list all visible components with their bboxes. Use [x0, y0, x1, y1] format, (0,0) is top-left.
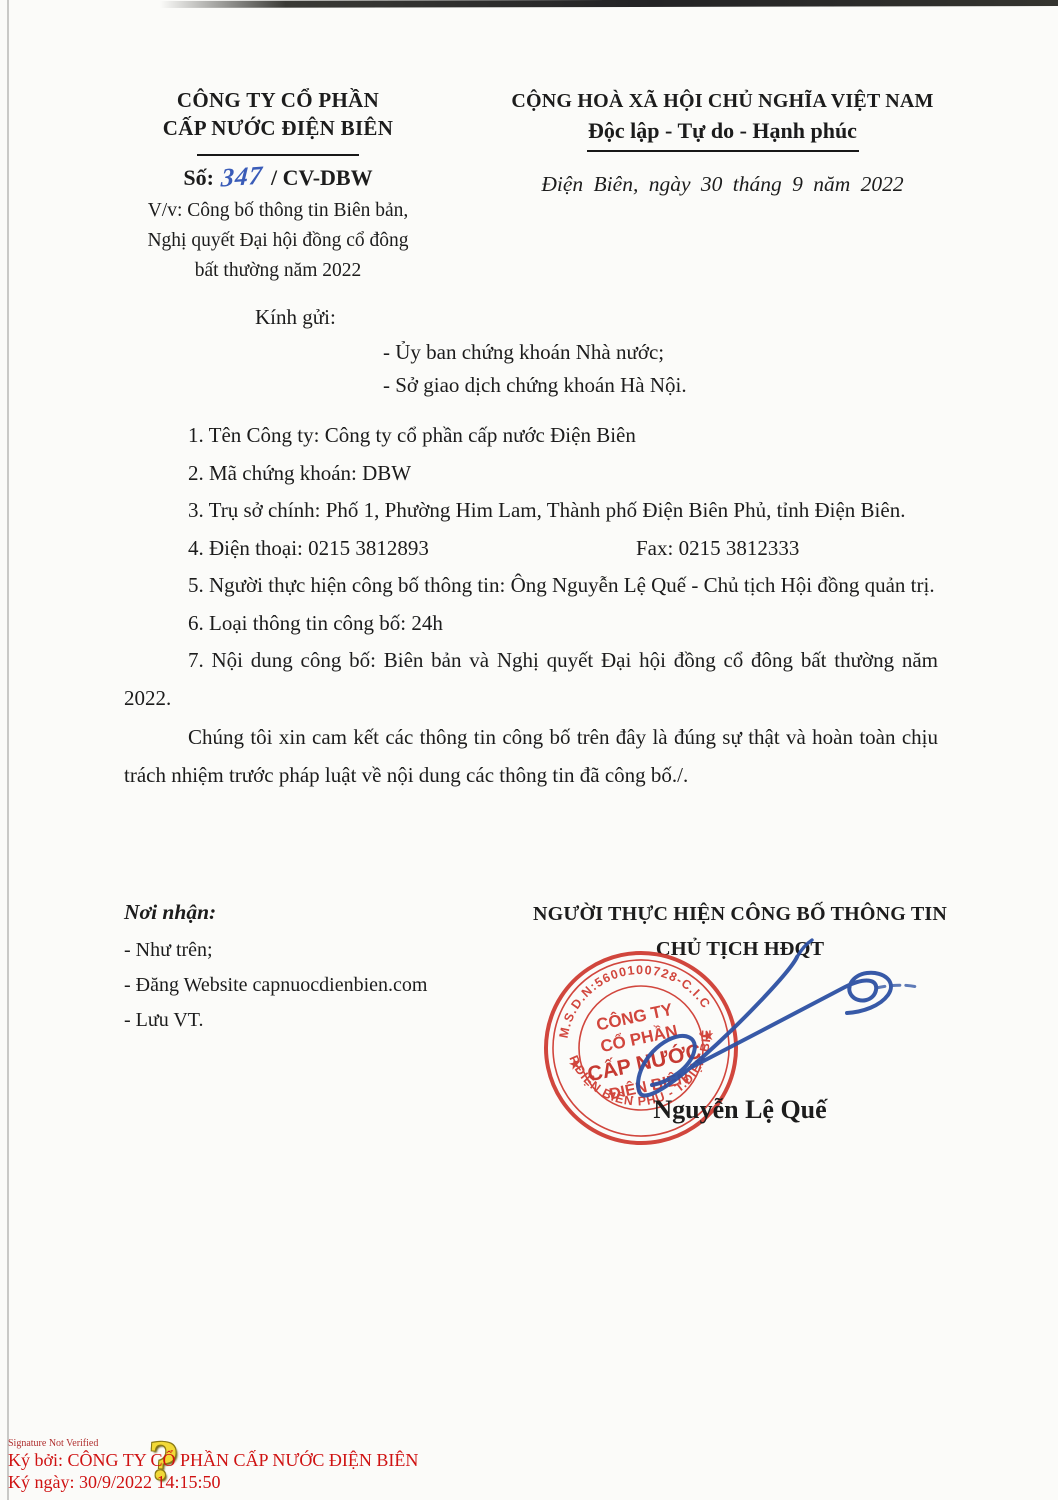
body-item-1: 1. Tên Công ty: Công ty cổ phần cấp nước…: [124, 417, 938, 455]
place-date-line: Điện Biên, ngày 30 tháng 9 năm 2022: [450, 172, 995, 197]
subject-line3: bất thường năm 2022: [118, 256, 438, 286]
body-item-5: 5. Người thực hiện công bố thông tin: Ôn…: [124, 567, 938, 605]
subject-line1: V/v: Công bố thông tin Biên bản,: [118, 196, 438, 226]
salutation-label: Kính gửi:: [255, 305, 937, 330]
recipients-footer-block: Nơi nhận: - Như trên; - Đăng Website cap…: [124, 900, 427, 1038]
document-subject: V/v: Công bố thông tin Biên bản, Nghị qu…: [118, 196, 438, 286]
signed-by-line: Ký bởi: CÔNG TY CỔ PHẦN CẤP NƯỚC ĐIỆN BI…: [8, 1449, 418, 1471]
header-separator-line: [197, 154, 359, 156]
signer-name: Nguyễn Lệ Quế: [560, 1095, 920, 1125]
scan-artifact-top: [160, 0, 1058, 8]
company-name-line2: CẤP NƯỚC ĐIỆN BIÊN: [118, 114, 438, 142]
signature-verification-block: Signature Not Verified Ký bởi: CÔNG TY C…: [8, 1438, 418, 1493]
fax-value: Fax: 0215 3812333: [572, 530, 799, 568]
doc-number-prefix: Số:: [183, 165, 214, 190]
header-national-block: CỘNG HOÀ XÃ HỘI CHỦ NGHĨA VIỆT NAM Độc l…: [450, 90, 995, 197]
header-company-block: CÔNG TY CỔ PHẦN CẤP NƯỚC ĐIỆN BIÊN Số: 3…: [118, 86, 438, 286]
commitment-paragraph: Chúng tôi xin cam kết các thông tin công…: [124, 719, 938, 794]
signer-title-1: NGƯỜI THỰC HIỆN CÔNG BỐ THÔNG TIN: [480, 903, 1000, 926]
noinhan-item: - Lưu VT.: [124, 1003, 427, 1038]
subject-line2: Nghị quyết Đại hội đồng cổ đông: [118, 226, 438, 256]
signed-date-line: Ký ngày: 30/9/2022 14:15:50: [8, 1471, 418, 1493]
body-item-2: 2. Mã chứng khoán: DBW: [124, 455, 938, 493]
body-item-4: 4. Điện thoại: 0215 3812893 Fax: 0215 38…: [124, 530, 938, 568]
noinhan-item: - Đăng Website capnuocdienbien.com: [124, 968, 427, 1003]
body-item-7: 7. Nội dung công bố: Biên bản và Nghị qu…: [124, 642, 938, 717]
document-body: 1. Tên Công ty: Công ty cổ phần cấp nước…: [124, 417, 938, 794]
body-item-3: 3. Trụ sở chính: Phố 1, Phường Him Lam, …: [124, 492, 938, 530]
body-item-6: 6. Loại thông tin công bố: 24h: [124, 605, 938, 643]
document-page: CÔNG TY CỔ PHẦN CẤP NƯỚC ĐIỆN BIÊN Số: 3…: [0, 0, 1058, 1500]
scan-artifact-left: [7, 0, 9, 1500]
noinhan-item: - Như trên;: [124, 933, 427, 968]
motto-underline: [587, 150, 859, 152]
company-name-line1: CÔNG TY CỔ PHẦN: [118, 86, 438, 114]
doc-number-suffix: / CV-DBW: [271, 165, 373, 190]
phone-value: 4. Điện thoại: 0215 3812893: [188, 536, 429, 560]
document-number: Số: 347 / CV-DBW: [118, 162, 438, 192]
national-motto: Độc lập - Tự do - Hạnh phúc: [450, 118, 995, 144]
recipient-line: - Sở giao dịch chứng khoán Hà Nội.: [383, 369, 937, 402]
salutation-block: Kính gửi: - Ủy ban chứng khoán Nhà nước;…: [125, 305, 937, 402]
recipient-line: - Ủy ban chứng khoán Nhà nước;: [383, 336, 937, 369]
verification-status: Signature Not Verified: [8, 1438, 418, 1449]
doc-number-handwritten: 347: [218, 160, 266, 193]
noinhan-label: Nơi nhận:: [124, 900, 427, 925]
national-title: CỘNG HOÀ XÃ HỘI CHỦ NGHĨA VIỆT NAM: [450, 90, 995, 113]
